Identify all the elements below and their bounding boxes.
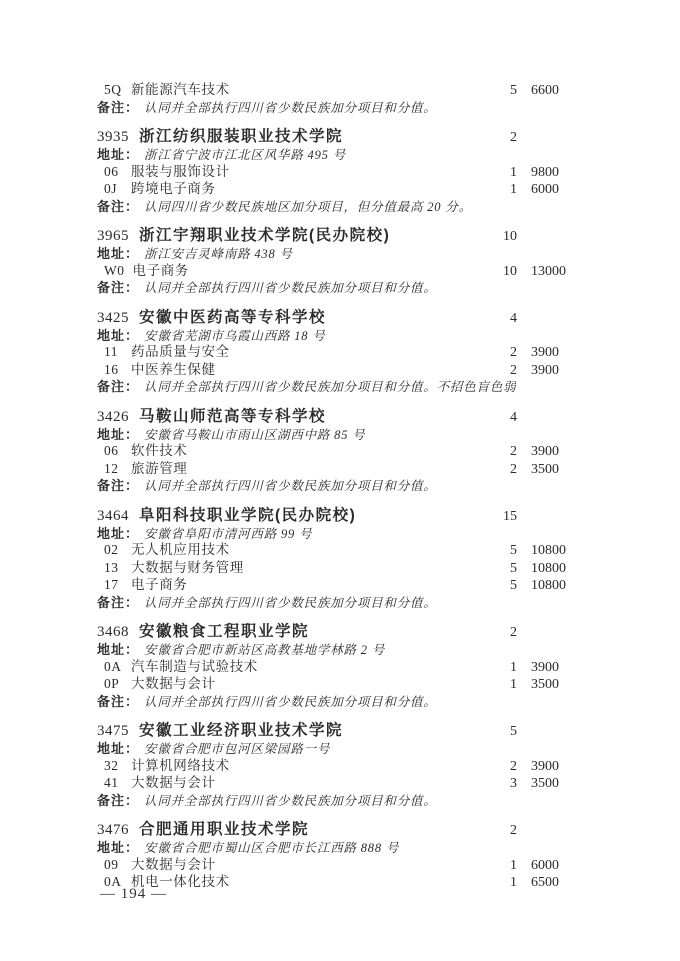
major-name: 跨境电子商务 — [131, 181, 477, 198]
major-fee: 3500 — [531, 677, 565, 694]
major-fee: 6600 — [531, 83, 565, 100]
major-name: 药品质量与安全 — [131, 344, 477, 361]
major-plan-count: 3 — [477, 776, 517, 793]
college-name: 马鞍山师范高等专科学校 — [139, 407, 477, 426]
major-code: 17 — [104, 577, 123, 594]
major-row: 06 服装与服饰设计 1 9800 — [97, 164, 565, 182]
note-row: 备注： 认同四川省少数民族地区加分项目，但分值最高 20 分。 — [97, 199, 565, 216]
major-name: 大数据与会计 — [131, 775, 477, 792]
major-fee: 3500 — [531, 776, 565, 793]
major-plan-count: 2 — [477, 363, 517, 380]
address-label: 地址： — [97, 642, 139, 659]
college-header-row: 3468 安徽粮食工程职业学院 2 — [97, 622, 565, 642]
major-fee: 10800 — [531, 543, 565, 560]
college-block: 3425 安徽中医药高等专科学校 4 地址： 安徽省芜湖市乌霞山西路 18 号 … — [97, 308, 565, 396]
major-row: 0J 跨境电子商务 1 6000 — [97, 181, 565, 199]
major-list: 06 软件技术 2 3900 12 旅游管理 2 3500 — [97, 443, 565, 478]
address-label: 地址： — [97, 526, 139, 543]
address-text: 安徽省芜湖市乌霞山西路 18 号 — [144, 328, 326, 345]
college-name: 浙江宇翔职业技术学院(民办院校) — [139, 226, 477, 245]
major-list: 11 药品质量与安全 2 3900 16 中医养生保健 2 3900 — [97, 344, 565, 379]
major-row: 0P 大数据与会计 1 3500 — [97, 676, 565, 694]
note-text: 认同并全部执行四川省少数民族加分项目和分值。 — [144, 100, 437, 117]
note-text: 认同四川省少数民族地区加分项目，但分值最高 20 分。 — [144, 199, 472, 216]
address-text: 浙江安吉灵峰南路 438 号 — [144, 246, 293, 263]
note-row: 备注： 认同并全部执行四川省少数民族加分项目和分值。 — [97, 694, 565, 711]
major-plan-count: 2 — [477, 759, 517, 776]
address-label: 地址： — [97, 427, 139, 444]
major-row: 09 大数据与会计 1 6000 — [97, 857, 565, 875]
major-fee: 3900 — [531, 444, 565, 461]
major-row: 06 软件技术 2 3900 — [97, 443, 565, 461]
major-plan-count: 5 — [477, 578, 517, 595]
major-plan-count: 2 — [477, 462, 517, 479]
major-fee: 9800 — [531, 165, 565, 182]
college-header-row: 3426 马鞍山师范高等专科学校 4 — [97, 407, 565, 427]
major-row: 17 电子商务 5 10800 — [97, 577, 565, 595]
major-name: 无人机应用技术 — [131, 542, 477, 559]
address-row: 地址： 安徽省合肥市蜀山区合肥市长江西路 888 号 — [97, 840, 565, 857]
major-row: 13 大数据与财务管理 5 10800 — [97, 560, 565, 578]
note-label: 备注： — [97, 595, 139, 612]
major-plan-count: 1 — [477, 165, 517, 182]
college-code: 3476 — [97, 821, 129, 840]
major-plan-count: 5 — [477, 561, 517, 578]
major-plan-count: 1 — [477, 858, 517, 875]
major-name: 汽车制造与试验技术 — [131, 659, 477, 676]
college-block: 3426 马鞍山师范高等专科学校 4 地址： 安徽省马鞍山市雨山区湖西中路 85… — [97, 407, 565, 495]
address-row: 地址： 浙江安吉灵峰南路 438 号 — [97, 246, 565, 263]
college-plan-count: 4 — [477, 408, 517, 427]
college-header-row: 3476 合肥通用职业技术学院 2 — [97, 820, 565, 840]
major-code: 16 — [104, 362, 123, 379]
address-row: 地址： 安徽省合肥市新站区高教基地学林路 2 号 — [97, 642, 565, 659]
note-text: 认同并全部执行四川省少数民族加分项目和分值。不招色盲色弱 — [144, 379, 516, 396]
major-list: 09 大数据与会计 1 6000 0A 机电一体化技术 1 6500 — [97, 857, 565, 892]
major-plan-count: 10 — [477, 264, 517, 281]
college-plan-count: 4 — [477, 309, 517, 328]
college-block: 3476 合肥通用职业技术学院 2 地址： 安徽省合肥市蜀山区合肥市长江西路 8… — [97, 820, 565, 892]
college-code: 3468 — [97, 623, 129, 642]
college-list: 5Q 新能源汽车技术 5 6600 备注： 认同并全部执行四川省少数民族加分项目… — [97, 82, 565, 903]
note-row: 备注： 认同并全部执行四川省少数民族加分项目和分值。 — [97, 793, 565, 810]
note-label: 备注： — [97, 478, 139, 495]
college-header-row: 3935 浙江纺织服装职业技术学院 2 — [97, 127, 565, 147]
major-name: 新能源汽车技术 — [131, 82, 477, 99]
note-row: 备注： 认同并全部执行四川省少数民族加分项目和分值。 — [97, 478, 565, 495]
major-code: 41 — [104, 775, 123, 792]
college-header-row: 3425 安徽中医药高等专科学校 4 — [97, 308, 565, 328]
major-fee: 6500 — [531, 875, 565, 892]
college-name: 浙江纺织服装职业技术学院 — [139, 127, 477, 146]
major-fee: 10800 — [531, 578, 565, 595]
major-row: W0 电子商务 10 13000 — [97, 263, 565, 281]
major-plan-count: 1 — [477, 182, 517, 199]
major-list: W0 电子商务 10 13000 — [97, 263, 565, 281]
college-block: 3464 阜阳科技职业学院(民办院校) 15 地址： 安徽省阜阳市清河西路 99… — [97, 506, 565, 612]
major-plan-count: 1 — [477, 660, 517, 677]
major-code: W0 — [104, 263, 125, 280]
college-plan-count: 2 — [477, 128, 517, 147]
college-code: 3965 — [97, 227, 129, 246]
address-text: 安徽省合肥市包河区梁园路一号 — [144, 741, 330, 758]
major-row: 5Q 新能源汽车技术 5 6600 — [97, 82, 565, 100]
major-fee: 3900 — [531, 660, 565, 677]
note-label: 备注： — [97, 379, 139, 396]
major-plan-count: 2 — [477, 444, 517, 461]
address-text: 安徽省合肥市蜀山区合肥市长江西路 888 号 — [144, 840, 399, 857]
college-block: 3475 安徽工业经济职业技术学院 5 地址： 安徽省合肥市包河区梁园路一号 3… — [97, 721, 565, 809]
college-header-row: 3475 安徽工业经济职业技术学院 5 — [97, 721, 565, 741]
college-block: 3965 浙江宇翔职业技术学院(民办院校) 10 地址： 浙江安吉灵峰南路 43… — [97, 226, 565, 297]
major-code: 06 — [104, 443, 123, 460]
address-row: 地址： 浙江省宁波市江北区风华路 495 号 — [97, 147, 565, 164]
college-name: 阜阳科技职业学院(民办院校) — [139, 506, 477, 525]
college-code: 3935 — [97, 128, 129, 147]
major-plan-count: 1 — [477, 875, 517, 892]
major-code: 12 — [104, 461, 123, 478]
college-code: 3464 — [97, 507, 129, 526]
college-block: 3935 浙江纺织服装职业技术学院 2 地址： 浙江省宁波市江北区风华路 495… — [97, 127, 565, 215]
note-label: 备注： — [97, 100, 139, 117]
college-header-row: 3464 阜阳科技职业学院(民办院校) 15 — [97, 506, 565, 526]
note-label: 备注： — [97, 694, 139, 711]
major-plan-count: 5 — [477, 543, 517, 560]
major-fee: 10800 — [531, 561, 565, 578]
major-fee: 3900 — [531, 759, 565, 776]
major-code: 02 — [104, 542, 123, 559]
address-label: 地址： — [97, 741, 139, 758]
college-plan-count: 15 — [477, 507, 517, 526]
major-row: 16 中医养生保健 2 3900 — [97, 362, 565, 380]
major-code: 13 — [104, 560, 123, 577]
major-name: 软件技术 — [131, 443, 477, 460]
college-name: 合肥通用职业技术学院 — [139, 820, 477, 839]
college-code: 3425 — [97, 309, 129, 328]
major-name: 电子商务 — [131, 577, 477, 594]
major-row: 32 计算机网络技术 2 3900 — [97, 758, 565, 776]
page-number: — 194 — — [100, 886, 167, 902]
note-text: 认同并全部执行四川省少数民族加分项目和分值。 — [144, 595, 437, 612]
major-row: 41 大数据与会计 3 3500 — [97, 775, 565, 793]
address-row: 地址： 安徽省芜湖市乌霞山西路 18 号 — [97, 328, 565, 345]
address-text: 浙江省宁波市江北区风华路 495 号 — [144, 147, 346, 164]
major-code: 11 — [104, 344, 123, 361]
major-code: 0P — [104, 676, 123, 693]
address-row: 地址： 安徽省阜阳市清河西路 99 号 — [97, 526, 565, 543]
major-fee: 6000 — [531, 858, 565, 875]
address-row: 地址： 安徽省合肥市包河区梁园路一号 — [97, 741, 565, 758]
major-code: 0A — [104, 659, 123, 676]
major-code: 32 — [104, 758, 123, 775]
address-label: 地址： — [97, 246, 139, 263]
document-page: 5Q 新能源汽车技术 5 6600 备注： 认同并全部执行四川省少数民族加分项目… — [0, 0, 680, 961]
college-code: 3475 — [97, 722, 129, 741]
major-row: 0A 机电一体化技术 1 6500 — [97, 874, 565, 892]
major-name: 电子商务 — [133, 263, 478, 280]
major-name: 中医养生保健 — [131, 362, 477, 379]
address-text: 安徽省合肥市新站区高教基地学林路 2 号 — [144, 642, 385, 659]
major-list: 32 计算机网络技术 2 3900 41 大数据与会计 3 3500 — [97, 758, 565, 793]
note-row: 备注： 认同并全部执行四川省少数民族加分项目和分值。不招色盲色弱 — [97, 379, 565, 396]
major-plan-count: 5 — [477, 83, 517, 100]
address-label: 地址： — [97, 328, 139, 345]
note-text: 认同并全部执行四川省少数民族加分项目和分值。 — [144, 694, 437, 711]
major-code: 0J — [104, 181, 123, 198]
address-text: 安徽省阜阳市清河西路 99 号 — [144, 526, 312, 543]
page-footer: — 194 — — [100, 886, 167, 903]
major-name: 计算机网络技术 — [131, 758, 477, 775]
major-name: 服装与服饰设计 — [131, 164, 477, 181]
major-row: 0A 汽车制造与试验技术 1 3900 — [97, 659, 565, 677]
address-row: 地址： 安徽省马鞍山市雨山区湖西中路 85 号 — [97, 427, 565, 444]
major-name: 大数据与会计 — [131, 857, 477, 874]
major-name: 旅游管理 — [131, 461, 477, 478]
note-text: 认同并全部执行四川省少数民族加分项目和分值。 — [144, 478, 437, 495]
major-fee: 3900 — [531, 363, 565, 380]
note-label: 备注： — [97, 280, 139, 297]
major-plan-count: 2 — [477, 345, 517, 362]
major-fee: 3900 — [531, 345, 565, 362]
note-row: 备注： 认同并全部执行四川省少数民族加分项目和分值。 — [97, 100, 565, 117]
note-row: 备注： 认同并全部执行四川省少数民族加分项目和分值。 — [97, 595, 565, 612]
college-header-row: 3965 浙江宇翔职业技术学院(民办院校) 10 — [97, 226, 565, 246]
major-code: 09 — [104, 857, 123, 874]
major-list: 02 无人机应用技术 5 10800 13 大数据与财务管理 5 10800 1… — [97, 542, 565, 595]
note-text: 认同并全部执行四川省少数民族加分项目和分值。 — [144, 280, 437, 297]
major-name: 大数据与财务管理 — [131, 560, 477, 577]
major-row: 02 无人机应用技术 5 10800 — [97, 542, 565, 560]
college-name: 安徽工业经济职业技术学院 — [139, 721, 477, 740]
major-code: 5Q — [104, 82, 123, 99]
note-text: 认同并全部执行四川省少数民族加分项目和分值。 — [144, 793, 437, 810]
college-block: 3468 安徽粮食工程职业学院 2 地址： 安徽省合肥市新站区高教基地学林路 2… — [97, 622, 565, 710]
major-list: 5Q 新能源汽车技术 5 6600 — [97, 82, 565, 100]
address-label: 地址： — [97, 840, 139, 857]
note-label: 备注： — [97, 793, 139, 810]
major-name: 大数据与会计 — [131, 676, 477, 693]
college-plan-count: 2 — [477, 821, 517, 840]
major-row: 12 旅游管理 2 3500 — [97, 461, 565, 479]
college-plan-count: 2 — [477, 623, 517, 642]
college-plan-count: 10 — [477, 227, 517, 246]
major-list: 06 服装与服饰设计 1 9800 0J 跨境电子商务 1 6000 — [97, 164, 565, 199]
college-block: 5Q 新能源汽车技术 5 6600 备注： 认同并全部执行四川省少数民族加分项目… — [97, 82, 565, 116]
major-fee: 13000 — [531, 264, 565, 281]
note-row: 备注： 认同并全部执行四川省少数民族加分项目和分值。 — [97, 280, 565, 297]
major-code: 06 — [104, 164, 123, 181]
address-text: 安徽省马鞍山市雨山区湖西中路 85 号 — [144, 427, 365, 444]
major-plan-count: 1 — [477, 677, 517, 694]
college-name: 安徽粮食工程职业学院 — [139, 622, 477, 641]
college-name: 安徽中医药高等专科学校 — [139, 308, 477, 327]
college-plan-count: 5 — [477, 722, 517, 741]
major-fee: 6000 — [531, 182, 565, 199]
major-name: 机电一体化技术 — [131, 874, 477, 891]
major-fee: 3500 — [531, 462, 565, 479]
major-row: 11 药品质量与安全 2 3900 — [97, 344, 565, 362]
major-list: 0A 汽车制造与试验技术 1 3900 0P 大数据与会计 1 3500 — [97, 659, 565, 694]
college-code: 3426 — [97, 408, 129, 427]
note-label: 备注： — [97, 199, 139, 216]
address-label: 地址： — [97, 147, 139, 164]
